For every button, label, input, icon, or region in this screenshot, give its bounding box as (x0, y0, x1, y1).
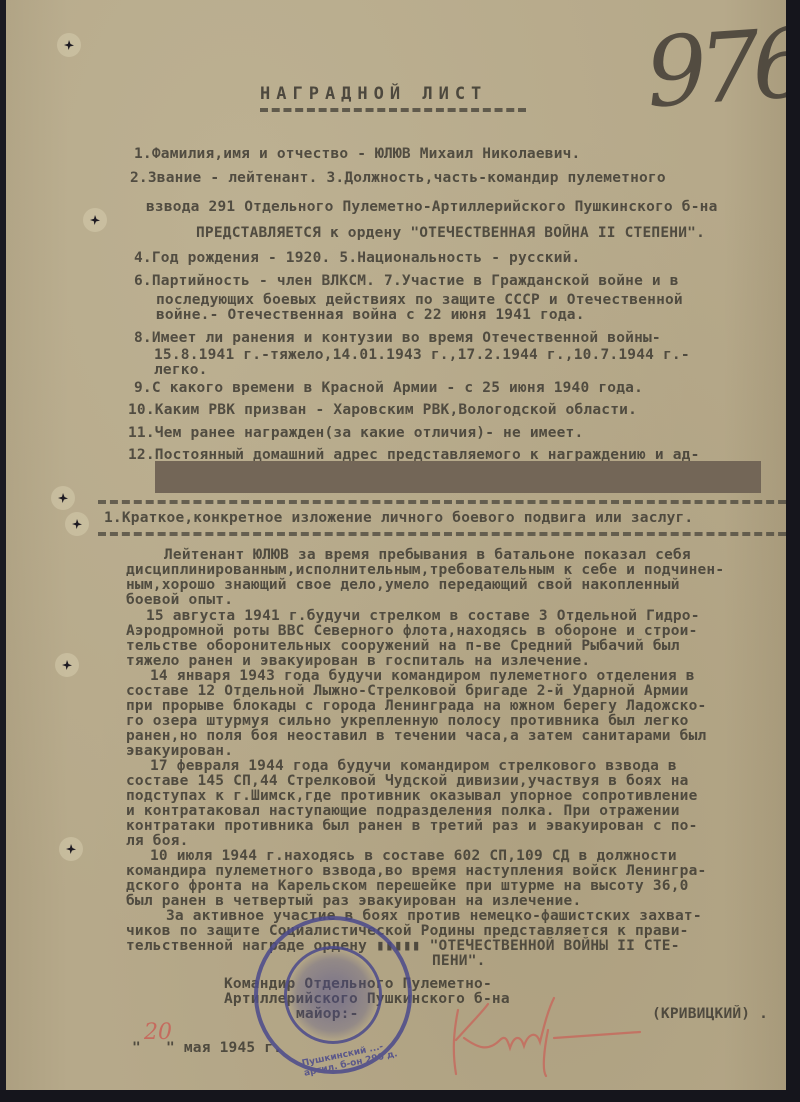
narrative-line: подступах к г.Шимск,где противник оказыв… (126, 788, 698, 804)
field-wounds: 8.Имеет ли ранения и контузии во время О… (134, 330, 661, 346)
narrative-line: тяжело ранен и эвакуирован в госпиталь н… (126, 653, 590, 669)
narrative-line: ранен,но поля боя неоставил в течении ча… (126, 728, 706, 744)
handwritten-archive-number: 976 (642, 7, 786, 130)
stamp-emblem-icon (284, 946, 382, 1044)
narrative-line: ным,хорошо знающий свое дело,умело перед… (126, 577, 680, 593)
field-rank-position: 2.Звание - лейтенант. 3.Должность,часть-… (130, 170, 666, 186)
punch-hole-icon (56, 491, 70, 505)
stamp-text: Пушкинский ...-артил. б-он 290 д. (301, 1037, 409, 1079)
title-underline (260, 108, 526, 112)
narrative-line: 14 января 1943 года будучи командиром пу… (150, 668, 695, 684)
narrative-line: го озера штурмуя сильно укрепленную поло… (126, 713, 689, 729)
punch-hole-icon (70, 517, 84, 531)
narrative-line: контратаки противника был ранен в третий… (126, 818, 698, 834)
field-previous-awards: 11.Чем ранее награжден(за какие отличия)… (128, 425, 583, 441)
narrative-line: 17 февраля 1944 года будучи командиром с… (150, 758, 677, 774)
narrative-line: За активное участие в боях против немецк… (166, 908, 702, 924)
date-rest: " мая 1945 г. (166, 1040, 282, 1056)
narrative-line: и контратаковал наступающие подразделени… (126, 803, 680, 819)
narrative-line: Лейтенант ЮЛЮВ за время пребывания в бат… (164, 547, 691, 563)
narrative-line: дского фронта на Карельском перешейке пр… (126, 878, 689, 894)
scan-border-bottom (0, 1090, 800, 1102)
narrative-line: составе 145 СП,44 Стрелковой Чудской див… (126, 773, 689, 789)
narrative-line: при прорыве блокады с города Ленинграда … (126, 698, 706, 714)
narrative-line: 15 августа 1941 г.будучи стрелком в сост… (146, 608, 700, 624)
field-participation-1: последующих боевых действиях по защите С… (156, 292, 683, 308)
narrative-line: тельстве оборонительных сооружений на п-… (126, 638, 680, 654)
narrative-line: тельственной награде ордену ▮▮▮▮▮ "ОТЕЧЕ… (126, 938, 680, 954)
section-divider-top (98, 500, 786, 504)
narrative-line: ПЕНИ". (432, 953, 486, 969)
field-full-name: 1.Фамилия,имя и отчество - ЮЛЮВ Михаил Н… (134, 146, 581, 162)
scan-border-right (786, 0, 800, 1102)
award-sheet-paper: 976 НАГРАДНОЙ ЛИСТ 1.Фамилия,имя и отчес… (6, 0, 786, 1090)
punch-hole-icon (64, 842, 78, 856)
punch-hole-icon (88, 213, 102, 227)
redacted-address (155, 461, 761, 493)
document-title: НАГРАДНОЙ ЛИСТ (260, 84, 487, 104)
narrative-line: боевой опыт. (126, 592, 233, 608)
narrative-line: 10 июля 1944 г.находясь в составе 602 СП… (150, 848, 677, 864)
field-birth-nationality: 4.Год рождения - 1920. 5.Национальность … (134, 250, 581, 266)
field-wounds-severity: легко. (154, 362, 208, 378)
section-divider-bottom (98, 532, 786, 536)
punch-hole-icon (60, 658, 74, 672)
narrative-line: ля боя. (126, 833, 189, 849)
narrative-line: командира пулеметного взвода,во время на… (126, 863, 706, 879)
field-party: 6.Партийность - член ВЛКСМ. 7.Участие в … (134, 273, 679, 289)
section-heading: 1.Краткое,конкретное изложение личного б… (104, 510, 693, 526)
field-nominated-for: ПРЕДСТАВЛЯЕТСЯ к ордену "ОТЕЧЕСТВЕННАЯ В… (196, 225, 705, 241)
field-participation-2: войне.- Отечественная война с 22 июня 19… (156, 307, 585, 323)
field-unit: взвода 291 Отдельного Пулеметно-Артиллер… (146, 199, 718, 215)
narrative-line: чиков по защите Социалистической Родины … (126, 923, 689, 939)
punch-hole-icon (62, 38, 76, 52)
narrative-line: Аэродромной роты ВВС Северного флота,нах… (126, 623, 698, 639)
field-drafted-by: 10.Каким РВК призван - Харовским РВК,Вол… (128, 402, 637, 418)
narrative-line: составе 12 Отдельной Лыжно-Стрелковой бр… (126, 683, 689, 699)
handwritten-signature-icon (444, 990, 644, 1080)
field-army-since: 9.С какого времени в Красной Армии - с 2… (134, 380, 643, 396)
signatory-name: (КРИВИЦКИЙ) . (652, 1006, 768, 1022)
date-open-quote: " (132, 1040, 141, 1056)
narrative-line: был ранен в четвертый раз эвакуирован на… (126, 893, 581, 909)
narrative-line: эвакуирован. (126, 743, 233, 759)
official-stamp: Пушкинский ...-артил. б-он 290 д. (254, 916, 412, 1074)
field-wounds-dates: 15.8.1941 г.-тяжело,14.01.1943 г.,17.2.1… (154, 347, 690, 363)
narrative-line: дисциплинированным,исполнительным,требов… (126, 562, 724, 578)
